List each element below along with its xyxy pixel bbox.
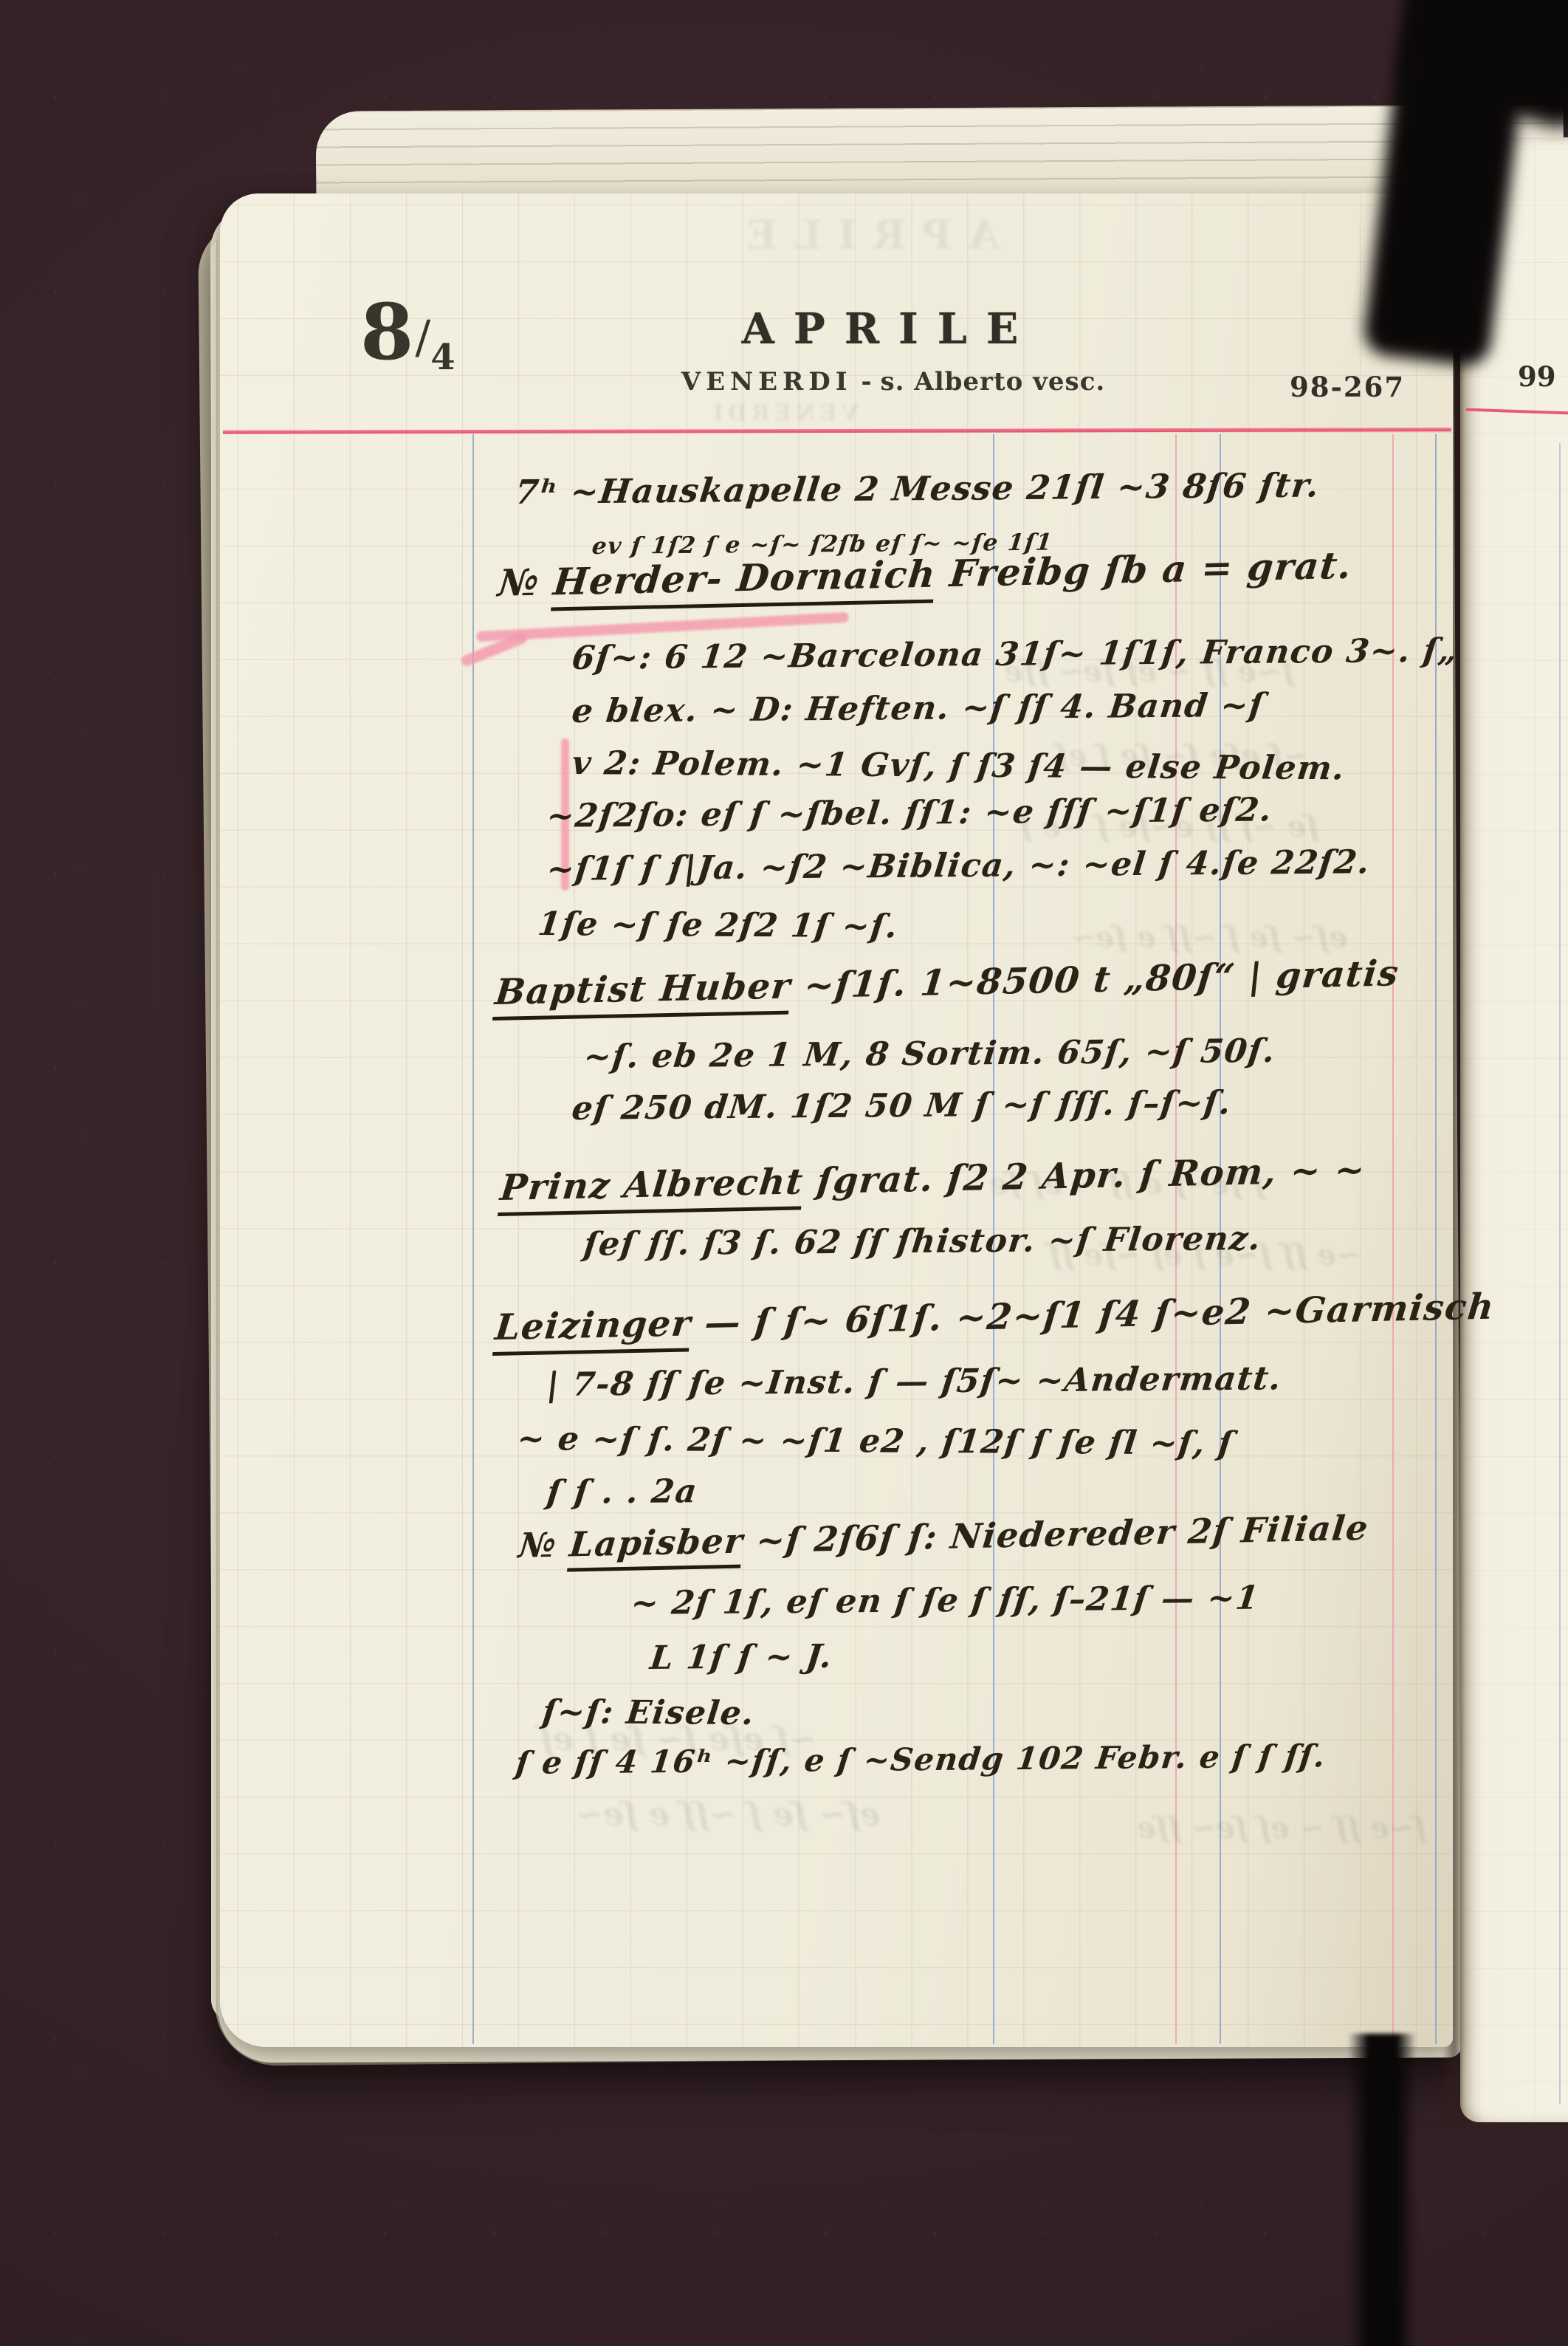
weekday-line: VENERDI - s. Alberto vesc. bbox=[650, 367, 1137, 397]
handwriting-line: ſ ſ . . 2a bbox=[545, 1472, 700, 1512]
weekday-label: VENERDI bbox=[681, 367, 853, 397]
column-rule-pink bbox=[1392, 434, 1394, 2044]
day-number: 8 bbox=[360, 287, 413, 377]
entry-prefix: № bbox=[517, 1524, 571, 1565]
date-slash: / bbox=[415, 310, 430, 364]
entry-title: Herder- Dornaich bbox=[551, 552, 938, 611]
facing-page-rule-blue bbox=[1559, 443, 1561, 2105]
bleed-through-ghost: eſ~ ſe ſ ~ſſ e ſe~ bbox=[1070, 920, 1347, 955]
handwriting-line: ſ~ſ: Eisele. bbox=[540, 1693, 757, 1732]
handwriting-line: e blex. ~ D: Heften. ~ſ ſſ 4. Band ~ſ bbox=[570, 687, 1266, 730]
column-rule-blue bbox=[1435, 434, 1437, 2044]
entry-heading-rest: Freibg ſb a = grat. bbox=[934, 543, 1355, 596]
handwriting-line: ~ 2ſ 1ſ, eſ en ſ ſe ſ ſſ, ſ–21ſ — ~1 bbox=[629, 1580, 1262, 1622]
date-number: 8/4 bbox=[360, 294, 454, 371]
handwriting-line: ~ſ. eb 2e 1 M, 8 Sortim. 65ſ, ~ſ 50ſ. bbox=[582, 1032, 1278, 1076]
facing-page-grid bbox=[1460, 137, 1568, 2122]
entry-title: Leizinger bbox=[492, 1303, 693, 1356]
spine-shadow-bottom bbox=[1348, 2034, 1416, 2346]
handwriting-line: v 2: Polem. ~1 Gvſ, ſ ſ3 ſ4 — else Polem… bbox=[570, 744, 1347, 787]
handwriting-line: ~ſ1ſ ſ ſ|Ja. ~ſ2 ~Biblica, ~: ~el ſ 4.ſe… bbox=[545, 843, 1372, 888]
facing-page-sliver bbox=[1460, 137, 1568, 2122]
entry-prefix: № bbox=[496, 560, 556, 605]
handwriting-line: 7ʰ ~Hauskapelle 2 Messe 21ſl ~3 8ſ6 ſtr. bbox=[513, 465, 1322, 512]
scanned-diary-photo: 99 APRILE VENERDI ſ~e ſſ ~ eſ ſe~ ſſe ~ſ… bbox=[0, 0, 1568, 2346]
handwriting-line: L 1ſ ſ ~ J. bbox=[648, 1638, 835, 1677]
bleed-through-ghost: VENERDI bbox=[709, 400, 859, 426]
handwriting-line: ſeſ ſſ. ſ3 ſ. 62 ſſ ſhistor. ~ſ Florenz. bbox=[582, 1220, 1263, 1263]
weekday-separator: - bbox=[862, 367, 872, 397]
handwriting-line: ~2ſ2ſo: eſ ſ ~ſbel. ſſ1: ~e ſſſ ~ſ1ſ eſ2… bbox=[545, 791, 1274, 835]
month-title: APRILE bbox=[690, 304, 1089, 354]
facing-page-ref: 99 bbox=[1518, 360, 1556, 393]
entry-title: Baptist Huber bbox=[492, 965, 793, 1021]
handwriting-line: eſ 250 dM. 1ſ2 50 M ſ ~ſ ſſſ. ſ–ſ~ſ. bbox=[570, 1084, 1234, 1128]
saint-of-day: s. Alberto vesc. bbox=[881, 367, 1106, 397]
page-ref: 98-267 bbox=[1290, 371, 1405, 403]
bleed-through-ghost: eſ~ ſe ſ ~ſſ e ſe~ bbox=[576, 1796, 881, 1834]
entry-title: Prinz Albrecht bbox=[498, 1161, 805, 1216]
bleed-through-ghost: ſ~e ſſ ~ eſ ſe~ ſſe bbox=[1137, 1811, 1426, 1845]
handwriting-line: 1ſe ~ſ ſe 2ſ2 1ſ ~ſ. bbox=[536, 905, 900, 945]
handwriting-line: 6ſ~: 6 12 ~Barcelona 31ſ~ 1ſ1ſ, Franco 3… bbox=[570, 631, 1460, 677]
handwriting-line: | 7-8 ſſ ſe ~Inst. ſ — ſ5ſ~ ~Andermatt. bbox=[545, 1359, 1284, 1404]
handwriting-line: ~ e ~ſ ſ. 2ſ ~ ~ſ1 e2 , ſ12ſ ſ ſe ſl ~ſ,… bbox=[515, 1420, 1235, 1463]
column-rule-blue bbox=[472, 434, 474, 2044]
month-number: 4 bbox=[430, 337, 455, 378]
bleed-through-ghost: APRILE bbox=[731, 211, 1000, 258]
handwriting-line: ſ e ſſ 4 16ʰ ~ſſ, e ſ ~Sendg 102 Febr. e… bbox=[514, 1738, 1328, 1781]
entry-title: Lapisber bbox=[567, 1520, 746, 1571]
